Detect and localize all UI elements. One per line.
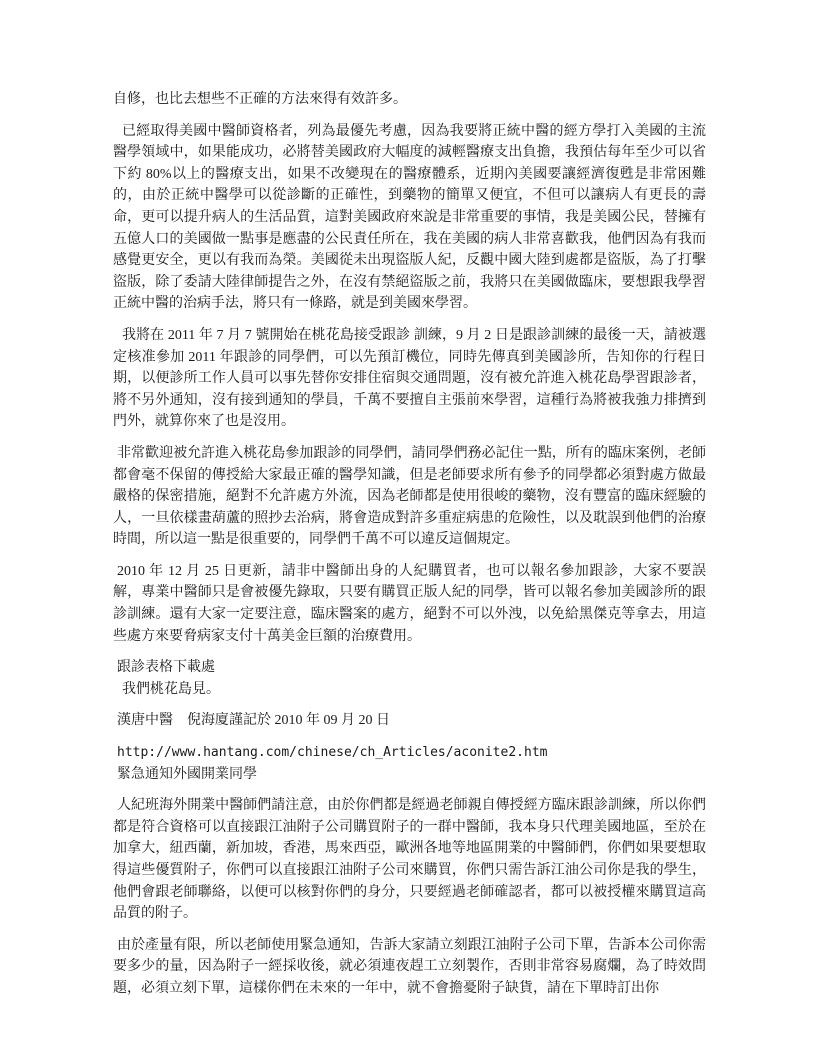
signature-line: 漢唐中醫 倪海廈謹記於 2010 年 09 月 20 日 [113, 710, 706, 732]
paragraph-self-study: 自修，也比去想些不正確的方法來得有效許多。 [113, 89, 706, 111]
farewell-line: 我們桃花島見。 [113, 679, 706, 701]
paragraph-limited-supply-order-now: 由於產量有限，所以老師使用緊急通知，告訴大家請立刻跟江油附子公司下單，告訴本公司… [113, 935, 706, 1000]
document-page: 自修，也比去想些不正確的方法來得有效許多。 已經取得美國中醫師資格者，列為最優先… [0, 0, 816, 1056]
urgent-notice-title: 緊急通知外國開業同學 [113, 764, 706, 786]
paragraph-2010-update: 2010 年 12 月 25 日更新，請非中醫師出身的人紀購買者，也可以報名參加… [113, 561, 706, 647]
paragraph-confidentiality-rules: 非常歡迎被允許進入桃花島參加跟診的同學們，請同學們務必記住一點，所有的臨床案例，… [113, 443, 706, 551]
paragraph-us-license-priority: 已經取得美國中醫師資格者，列為最優先考慮，因為我要將正統中醫的經方學打入美國的主… [113, 121, 706, 315]
download-location-line: 跟診表格下載處 [113, 657, 706, 679]
article-url: http://www.hantang.com/chinese/ch_Articl… [113, 742, 706, 764]
document-body: 自修，也比去想些不正確的方法來得有效許多。 已經取得美國中醫師資格者，列為最優先… [113, 89, 706, 1010]
paragraph-overseas-practitioners-notice: 人紀班海外開業中醫師們請注意，由於你們都是經過老師親自傳授經方臨床跟診訓練，所以… [113, 795, 706, 925]
paragraph-2011-training-schedule: 我將在 2011 年 7 月 7 號開始在桃花島接受跟診 訓練，9 月 2 日是… [113, 325, 706, 433]
